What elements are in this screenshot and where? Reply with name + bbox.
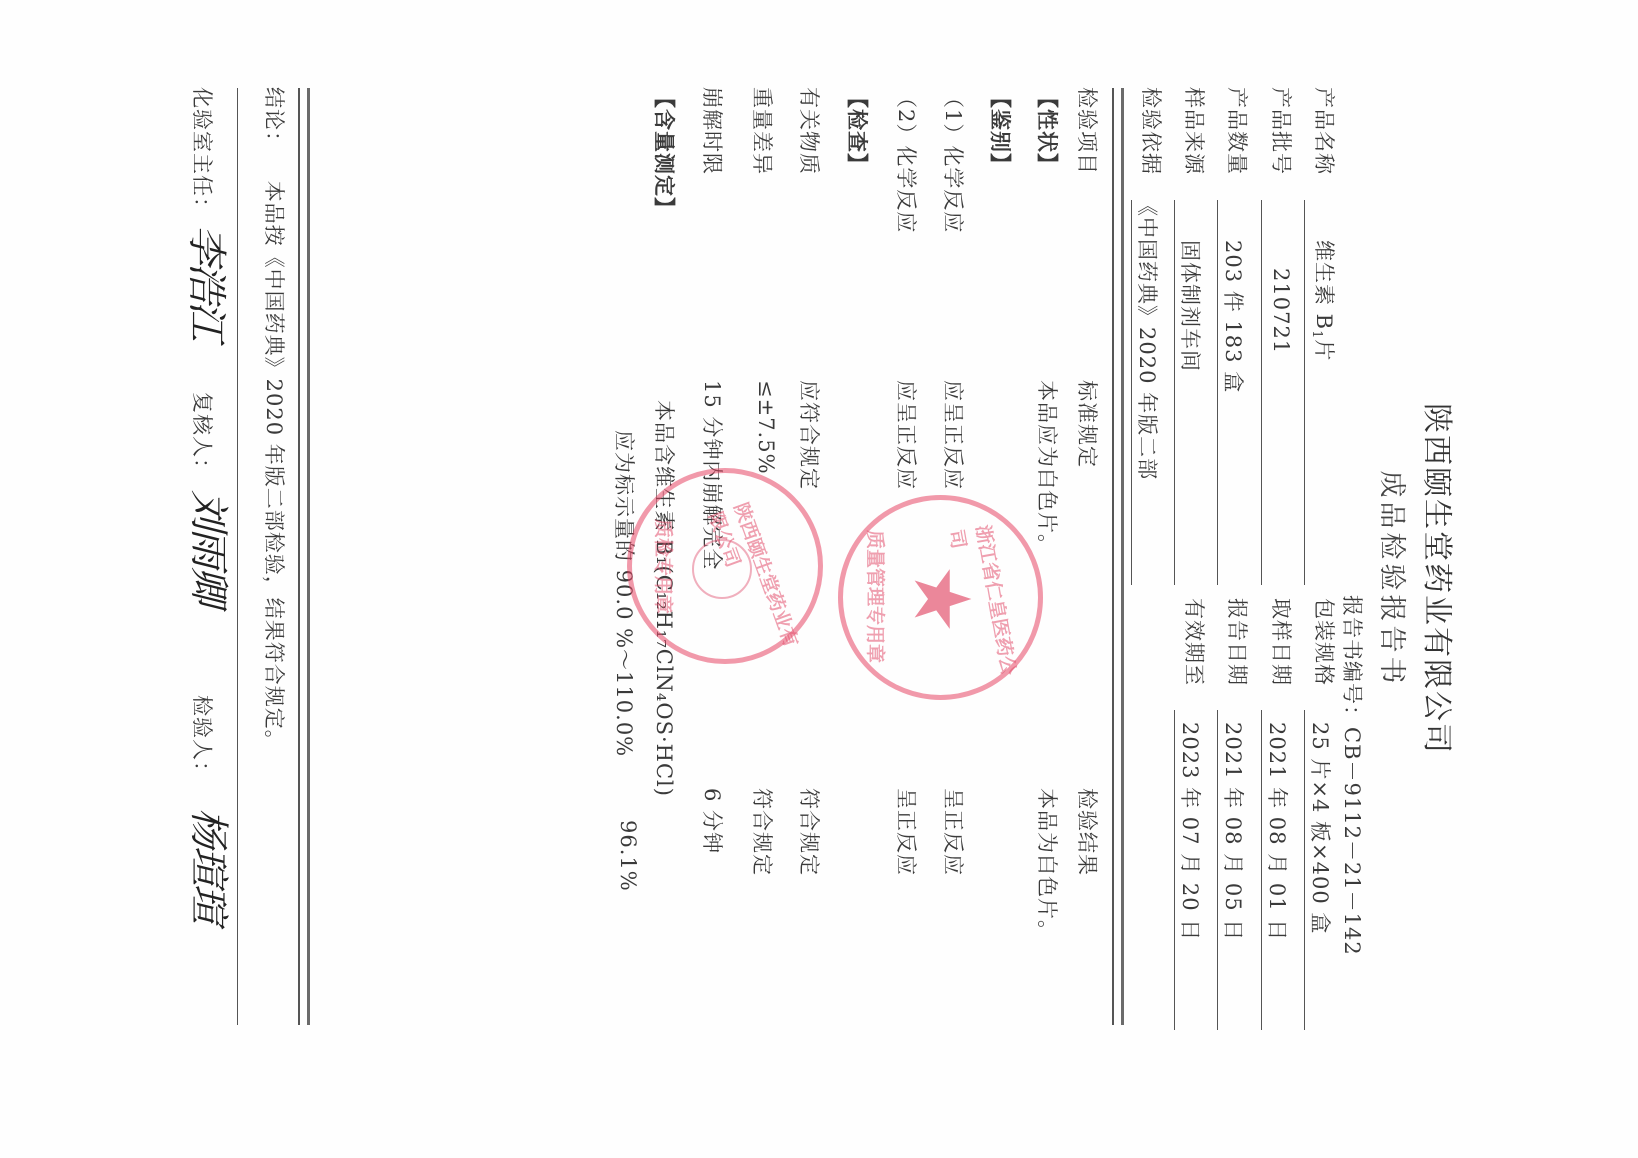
partner-qc-stamp: 浙江省仁皇医药公司 ★ 质量管理专用章: [838, 495, 1043, 700]
valid-until-underline: [1174, 710, 1175, 1030]
inspector-signature: 杨瑄瑄: [183, 808, 240, 922]
product-name-value: 维生素 B1片: [1309, 240, 1340, 361]
row-item: 【检查】: [843, 87, 873, 175]
row-item: （2）化学反应: [892, 87, 922, 233]
batch-underline: [1261, 200, 1262, 585]
lab-director-label: 化验室主任：: [188, 87, 218, 219]
header-standard: 标准规定: [1073, 380, 1103, 468]
batch-label: 产品批号: [1267, 87, 1297, 175]
table-top-rule: [1112, 88, 1124, 1025]
basis-label: 检验依据: [1137, 87, 1167, 175]
report-number-label: 报告书编号：: [1340, 595, 1364, 727]
header-result: 检验结果: [1073, 788, 1103, 876]
row-item: 重量差异: [748, 87, 778, 175]
row-result: 6 分钟: [698, 788, 728, 854]
row-item: 崩解时限: [698, 87, 728, 175]
package-spec-underline: [1304, 710, 1305, 1030]
row-result: 96.1%: [616, 820, 640, 892]
report-title: 成品检验报告书: [1375, 0, 1414, 1158]
batch-value: 210721: [1269, 268, 1293, 354]
basis-underline: [1131, 200, 1132, 585]
row-item: 【性状】: [1033, 87, 1063, 175]
source-label: 样品来源: [1180, 87, 1210, 175]
source-underline: [1174, 200, 1175, 585]
conclusion: 结论： 本品按《中国药典》2020 年版二部检验，结果符合规定。: [260, 87, 290, 752]
header-item: 检验项目: [1073, 87, 1103, 175]
company-name: 陕西颐生堂药业有限公司: [1418, 0, 1462, 1158]
sampling-date-underline: [1261, 710, 1262, 1030]
quantity-underline: [1217, 200, 1218, 585]
row-item: （1）化学反应: [939, 87, 969, 233]
valid-until-value: 2023 年 07 月 20 日: [1176, 722, 1206, 941]
report-number: 报告书编号：CB－9112－21－142: [1338, 595, 1368, 956]
basis-value: 《中国药典》2020 年版二部: [1133, 195, 1163, 480]
row-standard: 应呈正反应: [892, 380, 922, 490]
row-item: 【鉴别】: [986, 87, 1016, 175]
report-date-label: 报告日期: [1223, 598, 1253, 686]
row-result: 本品为白色片。: [1033, 788, 1063, 942]
package-spec-label: 包装规格: [1310, 598, 1340, 686]
quantity-value: 203 件 183 盒: [1219, 240, 1249, 393]
row-result: 符合规定: [795, 788, 825, 876]
company-qc-stamp: 陕西颐生堂药业有限公司 质检专用章: [627, 468, 823, 664]
row-standard: ≤±7.5%: [754, 380, 778, 475]
report-number-value: CB－9112－21－142: [1340, 727, 1364, 956]
quantity-label: 产品数量: [1223, 87, 1253, 175]
stamp-bottom-text: 质量管理专用章: [863, 530, 890, 663]
sampling-date-value: 2021 年 08 月 01 日: [1263, 722, 1293, 941]
inspection-report-page: 陕西颐生堂药业有限公司 成品检验报告书 报告书编号：CB－9112－21－142…: [0, 0, 1638, 1158]
report-date-underline: [1217, 710, 1218, 1030]
row-standard: 应呈正反应: [939, 380, 969, 490]
conclusion-text: 本品按《中国药典》2020 年版二部检验，结果符合规定。: [262, 181, 286, 752]
reviewer-label: 复核人：: [188, 392, 218, 480]
star-icon: ★: [902, 564, 980, 634]
stamp-inner-circle: [692, 539, 752, 599]
package-spec-value: 25 片×4 板×400 盒: [1306, 722, 1336, 934]
product-name-label: 产品名称: [1310, 87, 1340, 175]
source-value: 固体制剂车间: [1176, 240, 1206, 372]
report-date-value: 2021 年 08 月 05 日: [1219, 722, 1249, 941]
valid-until-label: 有效期至: [1180, 598, 1210, 686]
reviewer-signature: 刘雨卿: [183, 490, 240, 604]
sampling-date-label: 取样日期: [1267, 598, 1297, 686]
row-item: 【含量测定】: [650, 87, 680, 219]
product-name-underline: [1304, 200, 1305, 585]
row-result: 呈正反应: [892, 788, 922, 876]
conclusion-label: 结论：: [262, 87, 286, 153]
row-item: 有关物质: [795, 87, 825, 175]
row-result: 符合规定: [748, 788, 778, 876]
row-standard: 本品应为白色片。: [1033, 380, 1063, 556]
lab-director-signature: 李浩江: [181, 225, 238, 339]
table-bottom-rule: [298, 88, 310, 1025]
row-standard: 应符合规定: [795, 380, 825, 490]
stamp-bottom-text: 质检专用章: [651, 519, 678, 614]
inspector-label: 检验人：: [188, 695, 218, 783]
row-result: 呈正反应: [939, 788, 969, 876]
